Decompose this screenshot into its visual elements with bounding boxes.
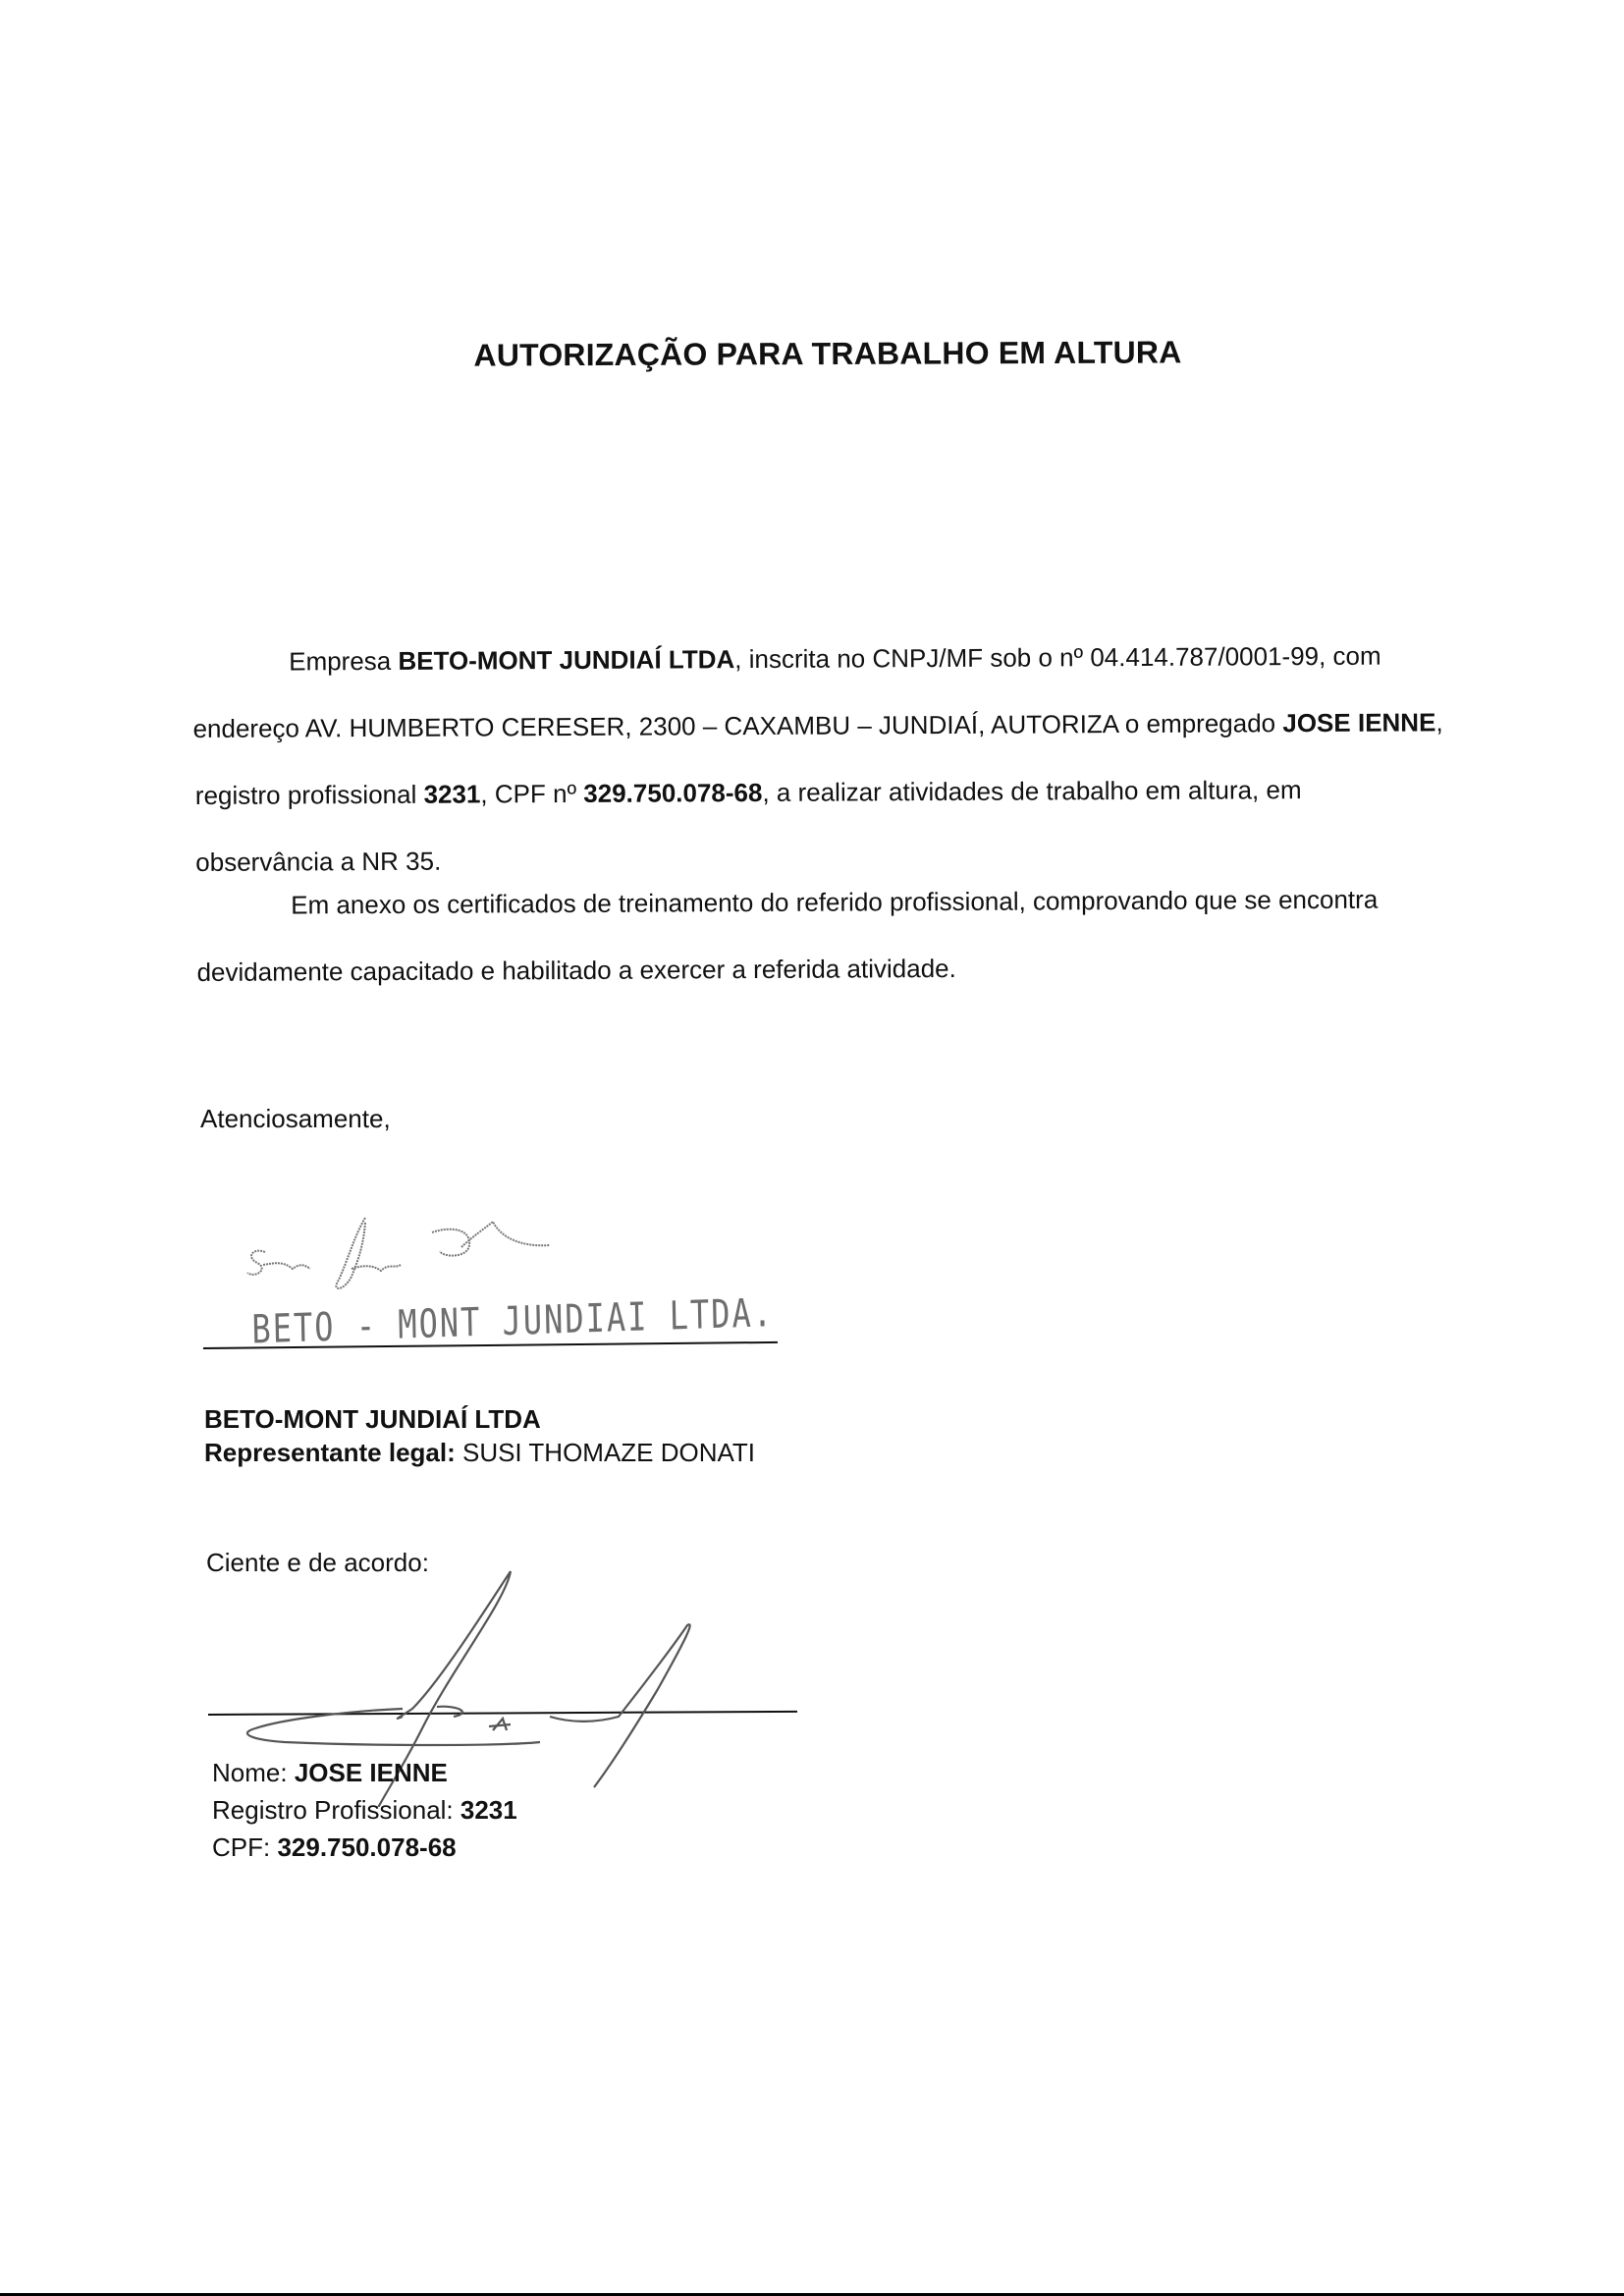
paragraph-line: Em anexo os certificados de treinamento … [196, 865, 1492, 939]
document-title: AUTORIZAÇÃO PARA TRABALHO EM ALTURA [16, 332, 1624, 375]
name-label: Nome: [212, 1758, 295, 1787]
registro-number: 3231 [423, 779, 480, 808]
registro-label: Registro Profissional: [212, 1795, 460, 1825]
text: , inscrita no CNPJ/MF sob o nº 04.414.78… [734, 641, 1381, 674]
company-name: BETO-MONT JUNDIAÍ LTDA [204, 1404, 541, 1434]
employee-name: JOSE IENNE [295, 1758, 448, 1787]
representative-name: SUSI THOMAZE DONATI [456, 1438, 755, 1467]
attachment-paragraph: Em anexo os certificados de treinamento … [196, 865, 1493, 1006]
closing-text: Atenciosamente, [200, 1104, 391, 1134]
text: , a realizar atividades de trabalho em a… [762, 775, 1301, 807]
text: , CPF nº [480, 779, 583, 809]
registro-value: 3231 [460, 1795, 517, 1825]
paragraph-line: endereço AV. HUMBERTO CERESER, 2300 – CA… [192, 688, 1490, 762]
paragraph-line: registro profissional 3231, CPF nº 329.7… [195, 755, 1491, 829]
company-signature-block: BETO-MONT JUNDIAÍ LTDA Representante leg… [204, 1402, 755, 1469]
text: Empresa [289, 646, 398, 677]
cpf-value: 329.750.078-68 [277, 1832, 456, 1862]
authorization-paragraph: Empresa BETO-MONT JUNDIAÍ LTDA, inscrita… [194, 622, 1491, 896]
employee-name: JOSE IENNE [1282, 707, 1435, 738]
cpf-number: 329.750.078-68 [583, 778, 762, 808]
paragraph-line: devidamente capacitado e habilitado a ex… [196, 932, 1492, 1006]
employee-signature-block: Nome: JOSE IENNE Registro Profissional: … [212, 1754, 517, 1866]
company-name: BETO-MONT JUNDIAÍ LTDA [398, 644, 734, 676]
representative-label: Representante legal: [204, 1438, 456, 1467]
text: endereço AV. HUMBERTO CERESER, 2300 – CA… [192, 708, 1282, 743]
cpf-label: CPF: [212, 1832, 277, 1862]
paragraph-line: Empresa BETO-MONT JUNDIAÍ LTDA, inscrita… [194, 622, 1490, 695]
text: , [1435, 707, 1442, 737]
text: registro profissional [195, 780, 424, 810]
